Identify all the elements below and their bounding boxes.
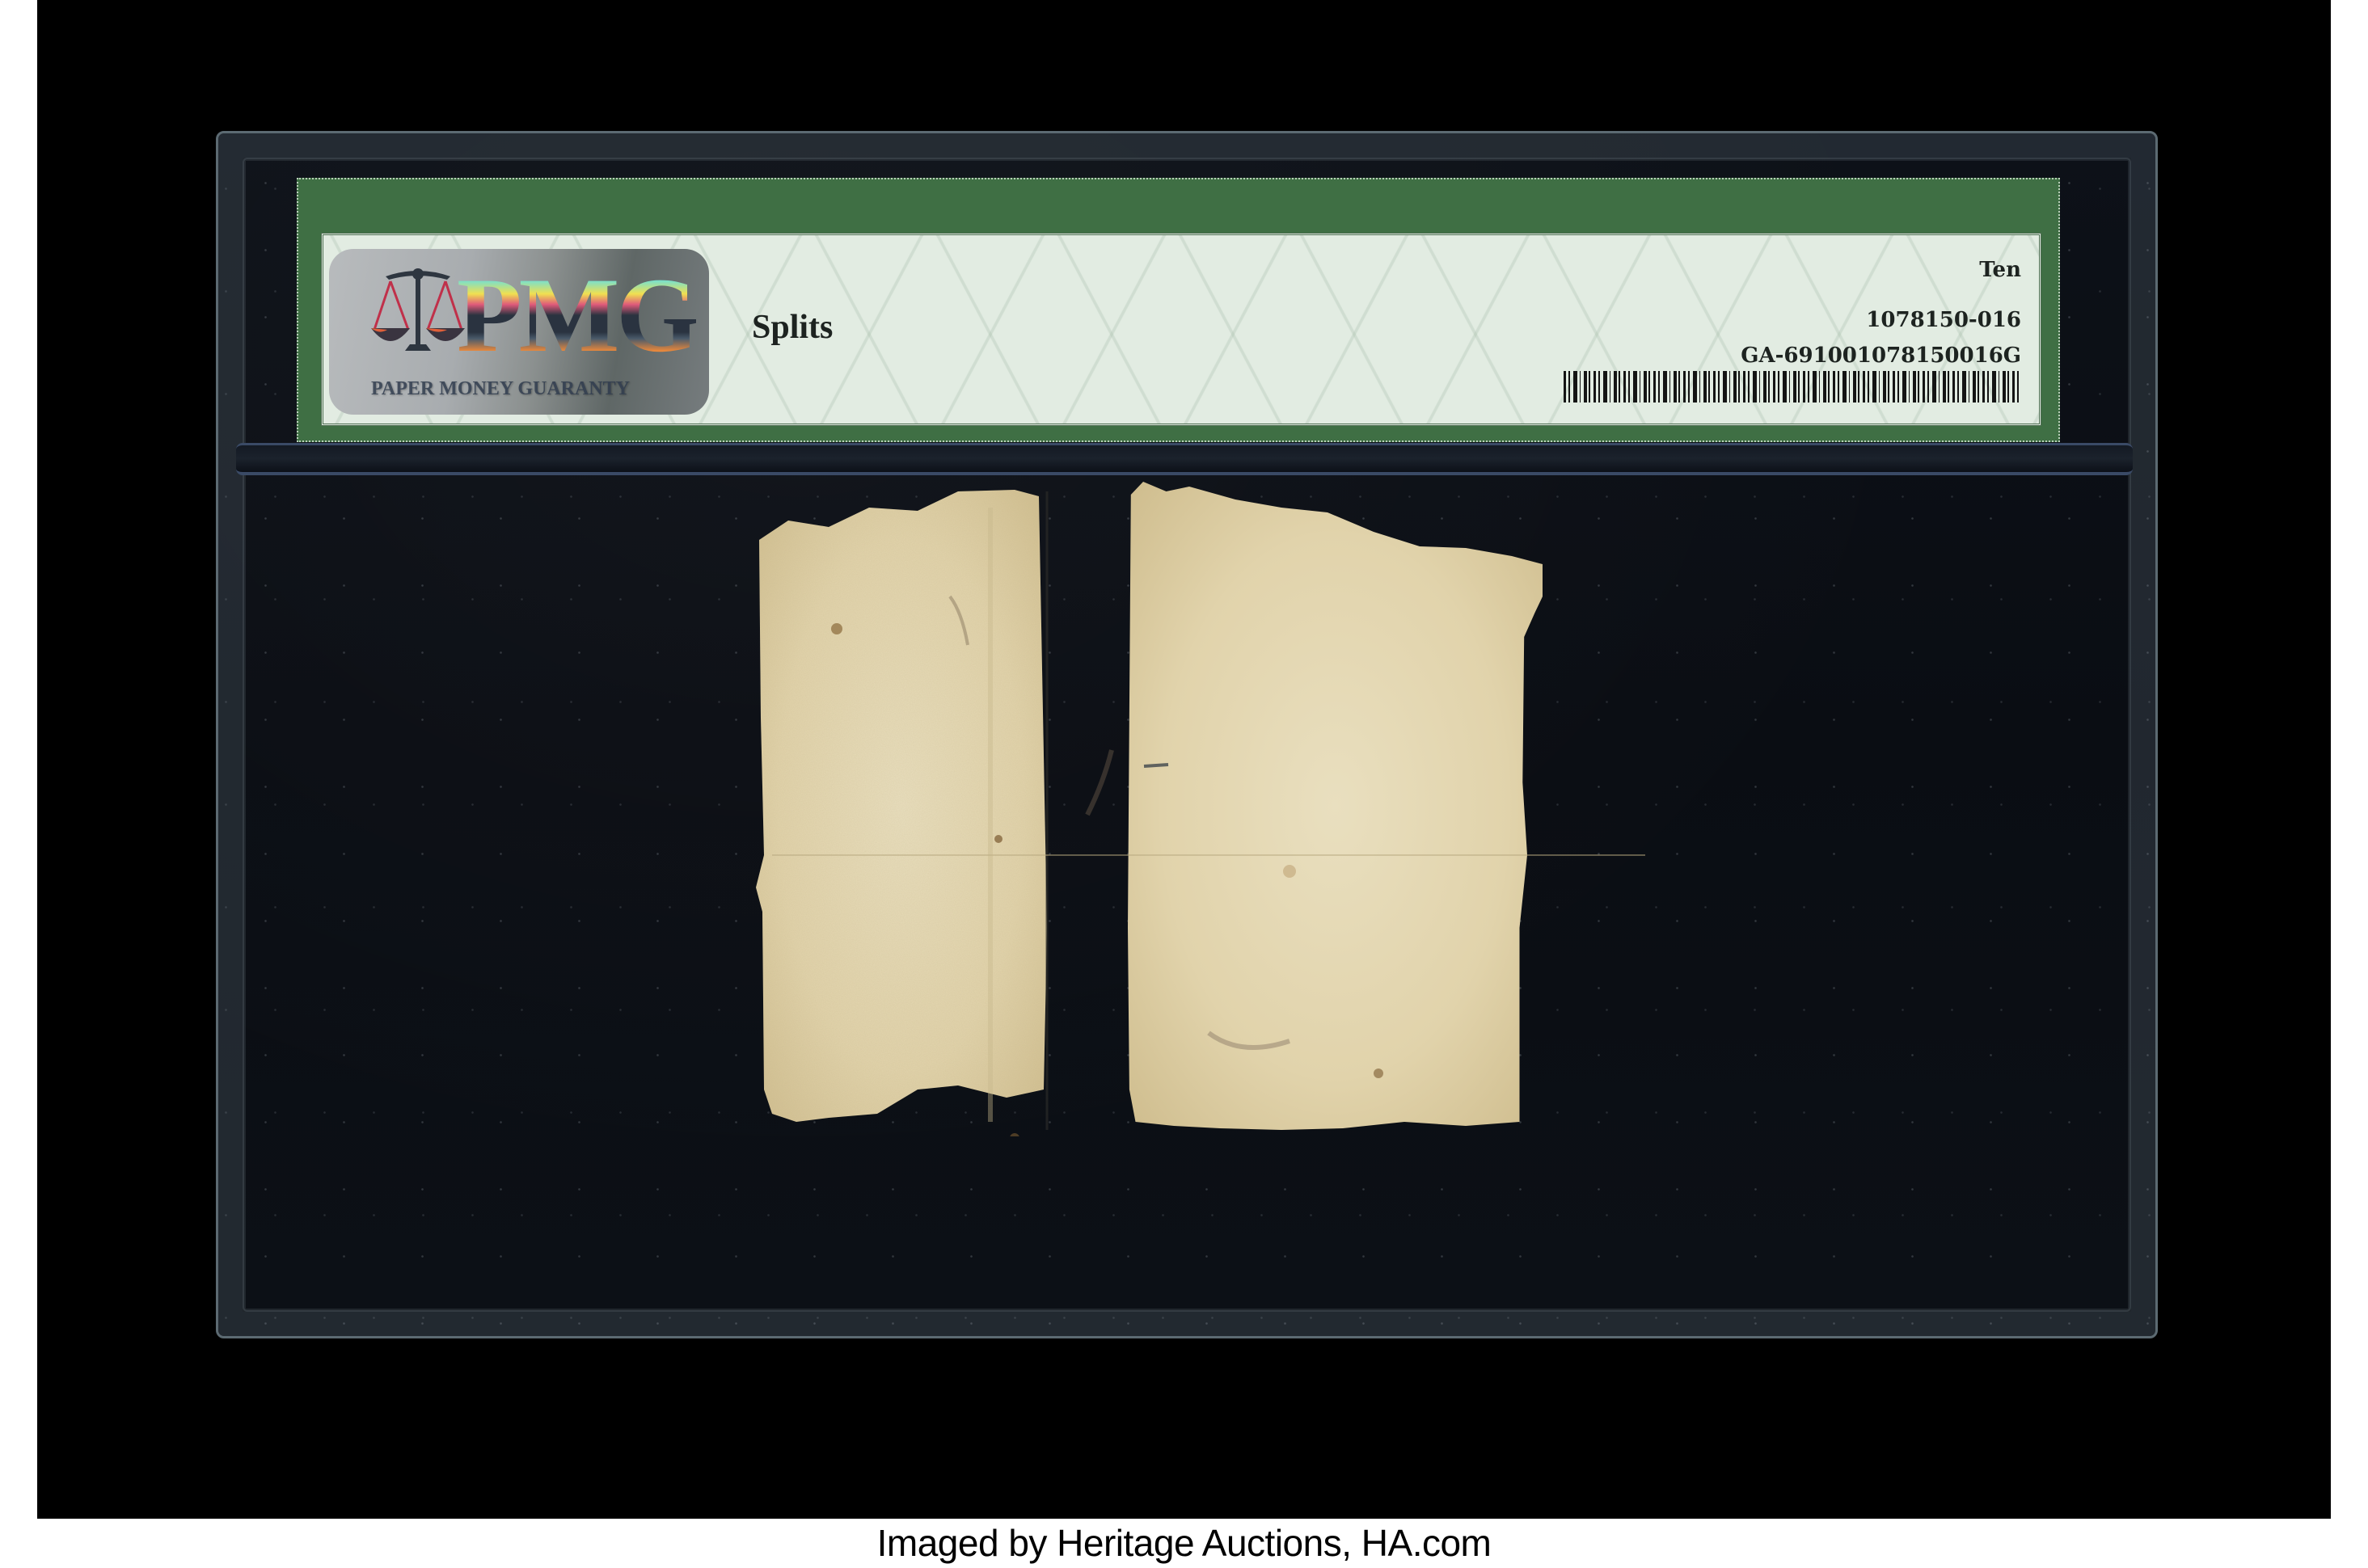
label-denomination: Ten — [1979, 258, 2021, 282]
pmg-hologram: PMG PAPER MONEY GUARANTY — [329, 249, 709, 415]
label-item-code: GA-691001078150016G — [1741, 344, 2021, 368]
torn-note-image — [756, 475, 1661, 1136]
scales-of-justice-icon — [369, 267, 466, 356]
pmg-label: PMG PAPER MONEY GUARANTY Splits Ten 1078… — [297, 178, 2060, 442]
pmg-tagline: PAPER MONEY GUARANTY — [371, 378, 630, 400]
pmg-logo-text: PMG — [457, 262, 696, 369]
barcode-icon — [1564, 371, 2021, 403]
label-cert-number: 1078150-016 — [1866, 308, 2021, 332]
label-panel: PMG PAPER MONEY GUARANTY Splits Ten 1078… — [321, 233, 2041, 426]
label-comment: Splits — [752, 308, 833, 347]
holder-pocket-lip — [236, 443, 2133, 475]
image-credit-caption: Imaged by Heritage Auctions, HA.com — [0, 1519, 2368, 1568]
banknote-reverse — [756, 475, 1661, 1136]
